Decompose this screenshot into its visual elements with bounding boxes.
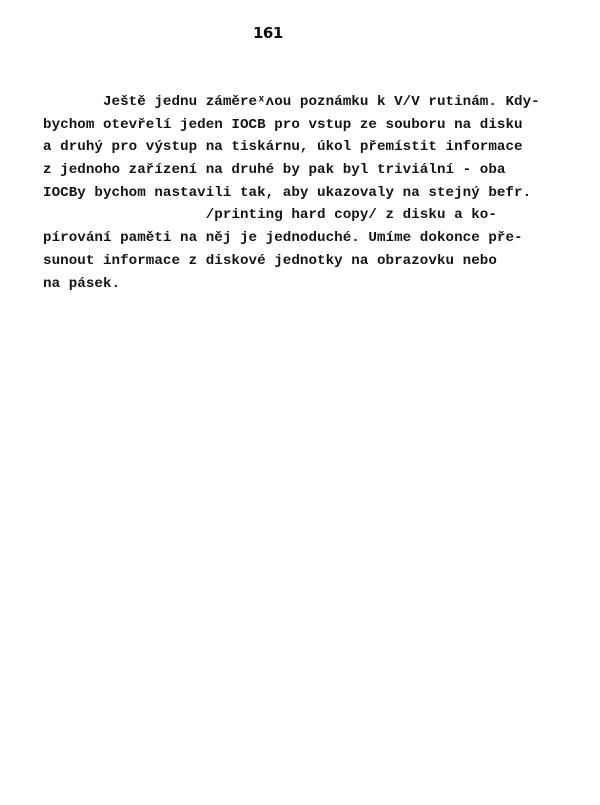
page-number: 161 [253,24,283,42]
text-line: Ještě jednu záměreˣʌou poznámku k V/V ru… [43,91,583,114]
text-line: sunout informace z diskové jednotky na o… [43,250,583,273]
text-line: /printing hard copy/ z disku a ko- [43,204,583,227]
text-line: na pásek. [43,273,583,296]
text-line: bychom otevřelí jeden IOCB pro vstup ze … [43,114,583,137]
text-line: pírování paměti na něj je jednoduché. Um… [43,227,583,250]
text-line: a druhý pro výstup na tiskárnu, úkol pře… [43,136,583,159]
text-line: IOCBy bychom nastavili tak, aby ukazoval… [43,182,583,205]
text-line: z jednoho zařízení na druhé by pak byl t… [43,159,583,182]
paragraph: Ještě jednu záměreˣʌou poznámku k V/V ru… [43,91,583,295]
